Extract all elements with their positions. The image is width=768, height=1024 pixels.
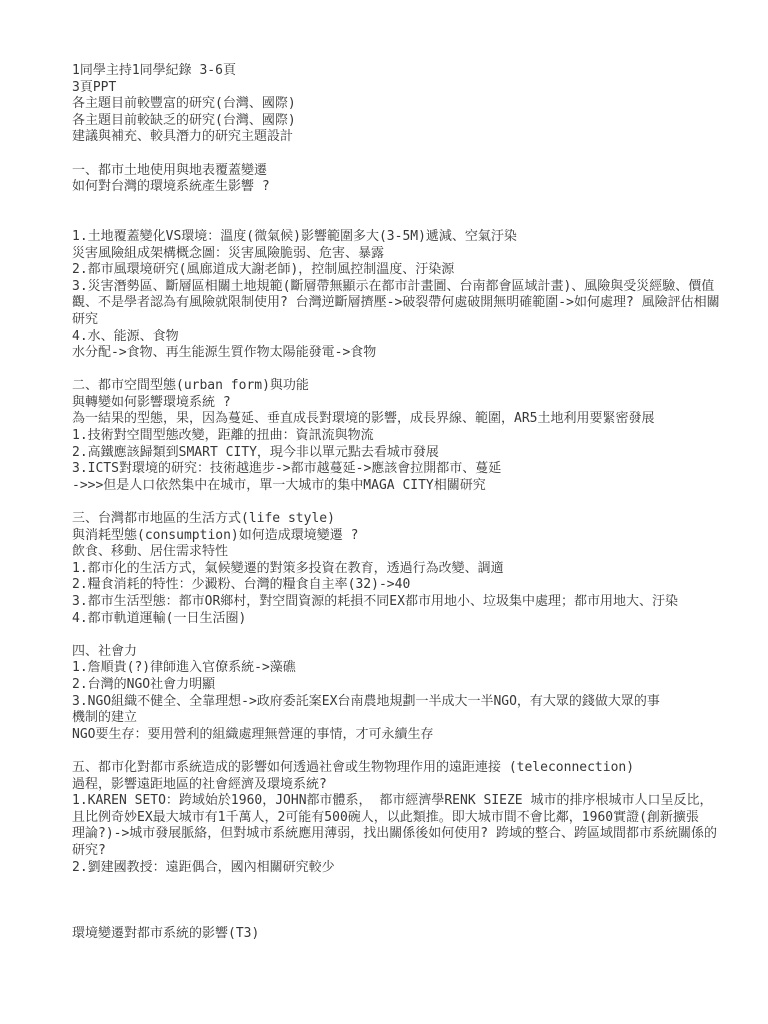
text-line: NGO要生存：要用營利的組織處理無營運的事情，才可永續生存 xyxy=(72,727,704,744)
text-line: 1.KAREN SETO：跨域始於1960，JOHN都市體系， 都市經濟學REN… xyxy=(72,793,704,810)
text-line: 觀、不是學者認為有風險就限制使用? 台灣逆斷層擠壓->破裂帶何處破開無明確範圍-… xyxy=(72,295,704,312)
blank-line xyxy=(72,627,704,644)
text-line: 研究? xyxy=(72,843,704,860)
text-line: 與轉變如何影響環境系統 ? xyxy=(72,395,704,412)
text-line: 如何對台灣的環境系統產生影響 ? xyxy=(72,179,704,196)
text-line: 過程，影響遠距地區的社會經濟及環境系統? xyxy=(72,777,704,794)
blank-line xyxy=(72,146,704,163)
text-line: 3.ICTS對環境的研究：技術越進步->都市越蔓延->應該會拉開都市、蔓延 xyxy=(72,461,704,478)
text-line: 理論?)->城市發展脈絡，但對城市系統應用薄弱，找出關係後如何使用? 跨域的整合… xyxy=(72,826,704,843)
text-line: 3頁PPT xyxy=(72,80,704,97)
text-line: 3.NGO組織不健全、全靠理想->政府委託案EX台南農地規劃一半成大一半NGO，… xyxy=(72,694,704,711)
text-line: 1.都市化的生活方式，氣候變遷的對策多投資在教育，透過行為改變、調適 xyxy=(72,561,704,578)
text-line: 災害風險組成架構概念圖：災害風險脆弱、危害、暴露 xyxy=(72,246,704,263)
text-line: 建議與補充、較具潛力的研究主題設計 xyxy=(72,129,704,146)
blank-line xyxy=(72,893,704,910)
text-line: 3.都市生活型態：都市OR鄉村，對空間資源的耗損不同EX都市用地小、垃圾集中處理… xyxy=(72,594,704,611)
text-line: 4.都市軌道運輸(一日生活圈) xyxy=(72,611,704,628)
text-line: 各主題目前較豐富的研究(台灣、國際) xyxy=(72,96,704,113)
text-line: 1同學主持1同學紀錄 3-6頁 xyxy=(72,63,704,80)
text-line: ->>>但是人口依然集中在城市，單一大城市的集中MAGA CITY相關研究 xyxy=(72,478,704,495)
text-line: 3.災害潛勢區、斷層區相關土地規範(斷層帶無顯示在都市計畫圖、台南都會區域計畫)… xyxy=(72,279,704,296)
text-line: 2.高鐵應該歸類到SMART CITY，現今非以單元點去看城市發展 xyxy=(72,445,704,462)
blank-line xyxy=(72,909,704,926)
document-page: 1同學主持1同學紀錄 3-6頁3頁PPT各主題目前較豐富的研究(台灣、國際)各主… xyxy=(0,0,768,1024)
document-body: 1同學主持1同學紀錄 3-6頁3頁PPT各主題目前較豐富的研究(台灣、國際)各主… xyxy=(72,63,704,942)
text-line: 2.台灣的NGO社會力明顯 xyxy=(72,677,704,694)
text-line: 五、都市化對都市系統造成的影響如何透過社會或生物物理作用的遠距連接 (telec… xyxy=(72,760,704,777)
text-line: 四、社會力 xyxy=(72,644,704,661)
text-line: 三、台灣都市地區的生活方式(life style) xyxy=(72,511,704,528)
blank-line xyxy=(72,743,704,760)
text-line: 為一結果的型態，果，因為蔓延、垂直成長對環境的影響，成長界線、範圍，AR5土地利… xyxy=(72,411,704,428)
text-line: 飲食、移動、居住需求特性 xyxy=(72,544,704,561)
text-line: 2.都市風環境研究(風廊道成大謝老師)，控制風控制溫度、汙染源 xyxy=(72,262,704,279)
text-line: 2.糧食消耗的特性：少澱粉、台灣的糧食自主率(32)->40 xyxy=(72,577,704,594)
text-line: 1.技術對空間型態改變，距離的扭曲：資訊流與物流 xyxy=(72,428,704,445)
blank-line xyxy=(72,494,704,511)
text-line: 一、都市土地使用與地表覆蓋變遷 xyxy=(72,163,704,180)
text-line: 且比例奇妙EX最大城市有1千萬人，2可能有500碗人，以此類推。即大城市間不會比… xyxy=(72,810,704,827)
blank-line xyxy=(72,876,704,893)
blank-line xyxy=(72,196,704,213)
text-line: 1.詹順貴(?)律師進入官僚系統->藻礁 xyxy=(72,660,704,677)
text-line: 1.土地覆蓋變化VS環境：溫度(微氣候)影響範圍多大(3-5M)遞減、空氣汙染 xyxy=(72,229,704,246)
blank-line xyxy=(72,212,704,229)
text-line: 機制的建立 xyxy=(72,710,704,727)
text-line: 各主題目前較缺乏的研究(台灣、國際) xyxy=(72,113,704,130)
text-line: 4.水、能源、食物 xyxy=(72,329,704,346)
blank-line xyxy=(72,362,704,379)
text-line: 與消耗型態(consumption)如何造成環境變遷 ? xyxy=(72,528,704,545)
text-line: 研究 xyxy=(72,312,704,329)
text-line: 2.劉建國教授：遠距偶合，國內相關研究較少 xyxy=(72,860,704,877)
text-line: 環境變遷對都市系統的影響(T3) xyxy=(72,926,704,943)
text-line: 水分配->食物、再生能源生質作物太陽能發電->食物 xyxy=(72,345,704,362)
text-line: 二、都市空間型態(urban form)與功能 xyxy=(72,378,704,395)
